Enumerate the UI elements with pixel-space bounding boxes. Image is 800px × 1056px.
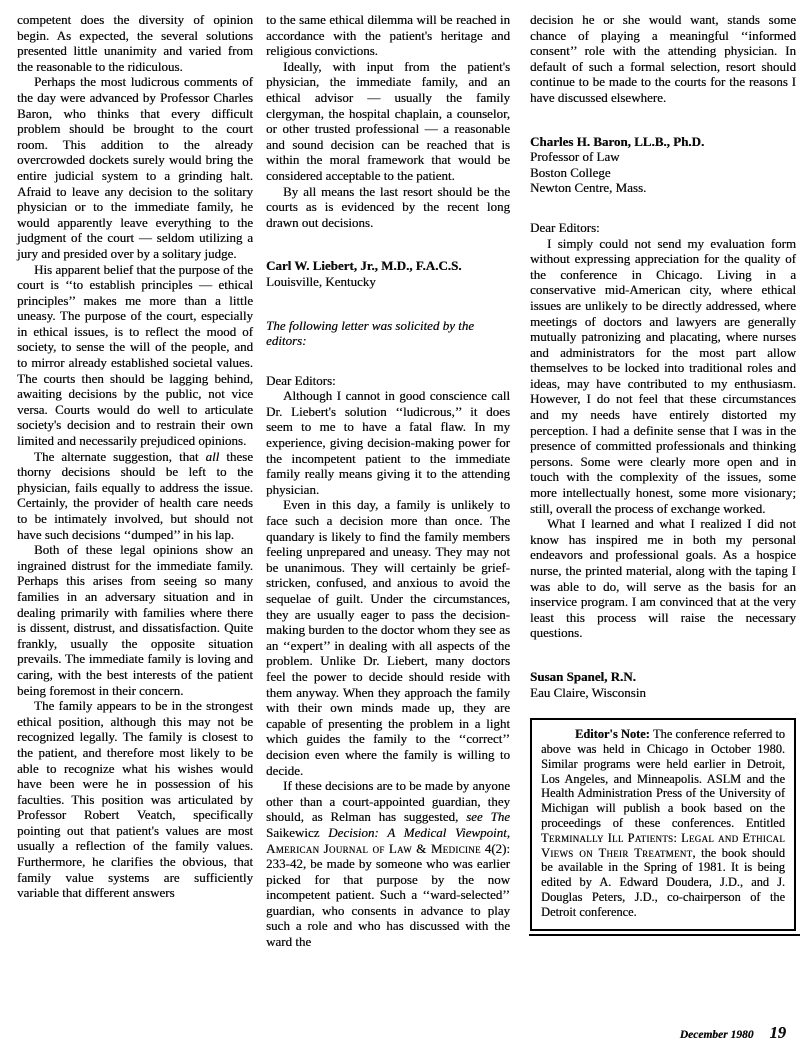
text-run: , (507, 825, 510, 840)
paragraph: competent does the diversity of opinion … (17, 12, 253, 74)
column-2: to the same ethical dilemma will be reac… (266, 12, 510, 950)
signature-address-line: Professor of Law (530, 149, 796, 165)
text-run: Perhaps the most ludicrous comments of t… (17, 74, 253, 261)
text-run: Decision: A Medical Viewpoint (328, 825, 507, 840)
text-run: decision he or she would want, stands so… (530, 12, 796, 105)
paragraph: decision he or she would want, stands so… (530, 12, 796, 106)
text-run: His apparent belief that the purpose of … (17, 262, 253, 449)
text-run: Dear Editors: (266, 373, 336, 388)
salutation: Dear Editors: (266, 373, 510, 389)
text-run: Editor's Note: (575, 727, 653, 741)
letters-columns: competent does the diversity of opinion … (0, 0, 800, 950)
text-run: The conference referred to above was hel… (541, 727, 785, 830)
text-run: 4(2): 233-42, be made by someone who was… (266, 841, 510, 950)
solicited-note: The following letter was solicited by th… (266, 318, 510, 349)
text-run: Ideally, with input from the patient's p… (266, 59, 510, 183)
paragraph: Even in this day, a family is unlikely t… (266, 497, 510, 778)
text-run: Susan Spanel, R.N. (530, 669, 636, 684)
text-run: By all means the last resort should be t… (266, 184, 510, 230)
page-footer: December 1980 19 (680, 1025, 786, 1044)
column-1: competent does the diversity of opinion … (17, 12, 253, 950)
paragraph: Ideally, with input from the patient's p… (266, 59, 510, 184)
text-run: Although I cannot in good conscience cal… (266, 388, 510, 497)
text-run: Eau Claire, Wisconsin (530, 685, 646, 700)
paragraph: Perhaps the most ludicrous comments of t… (17, 74, 253, 261)
text-run: The following letter was solicited by th… (266, 318, 474, 349)
text-run: Louisville, Kentucky (266, 274, 376, 289)
text-run: Charles H. Baron, LL.B., Ph.D. (530, 134, 704, 149)
journal-letters-page: competent does the diversity of opinion … (0, 0, 800, 1056)
text-run: Professor of Law (530, 149, 620, 164)
text-run: to the same ethical dilemma will be reac… (266, 12, 510, 58)
signature-name: Carl W. Liebert, Jr., M.D., F.A.C.S. (266, 258, 510, 274)
signature-address-line: Newton Centre, Mass. (530, 180, 796, 196)
signature-address-line: Boston College (530, 165, 796, 181)
text-run: Newton Centre, Mass. (530, 180, 646, 195)
text-run: What I learned and what I realized I did… (530, 516, 796, 640)
issue-date: December 1980 (680, 1028, 754, 1044)
paragraph: If these decisions are to be made by any… (266, 778, 510, 950)
editor-note-box: Editor's Note: The conference referred t… (530, 718, 796, 930)
text-run: see The (466, 809, 510, 824)
paragraph: The family appears to be in the stronges… (17, 698, 253, 901)
paragraph: His apparent belief that the purpose of … (17, 262, 253, 449)
signature-address-line: Eau Claire, Wisconsin (530, 685, 796, 701)
signature-address-line: Louisville, Kentucky (266, 274, 510, 290)
signature-name: Susan Spanel, R.N. (530, 669, 796, 685)
text-run: Carl W. Liebert, Jr., M.D., F.A.C.S. (266, 258, 461, 273)
text-run: Boston College (530, 165, 611, 180)
text-run: competent does the diversity of opinion … (17, 12, 253, 74)
text-run: Dear Editors: (530, 220, 600, 235)
column-3: decision he or she would want, stands so… (530, 12, 796, 950)
salutation: Dear Editors: (530, 220, 796, 236)
paragraph: to the same ethical dilemma will be reac… (266, 12, 510, 59)
paragraph: What I learned and what I realized I did… (530, 516, 796, 641)
text-run: Even in this day, a family is unlikely t… (266, 497, 510, 777)
paragraph: I simply could not send my evaluation fo… (530, 236, 796, 517)
signature-name: Charles H. Baron, LL.B., Ph.D. (530, 134, 796, 150)
text-run: The alternate suggestion, that (34, 449, 206, 464)
text-run: The family appears to be in the stronges… (17, 698, 253, 900)
paragraph: By all means the last resort should be t… (266, 184, 510, 231)
page-number: 19 (770, 1025, 787, 1041)
paragraph: The alternate suggestion, that all these… (17, 449, 253, 543)
paragraph: Although I cannot in good conscience cal… (266, 388, 510, 497)
paragraph: Both of these legal opinions show an ing… (17, 542, 253, 698)
text-run: American Journal of Law & Medicine (266, 841, 481, 856)
text-run: all (206, 449, 220, 464)
text-run: I simply could not send my evaluation fo… (530, 236, 796, 516)
text-run: Both of these legal opinions show an ing… (17, 542, 253, 697)
text-run: Saikewicz (266, 825, 328, 840)
